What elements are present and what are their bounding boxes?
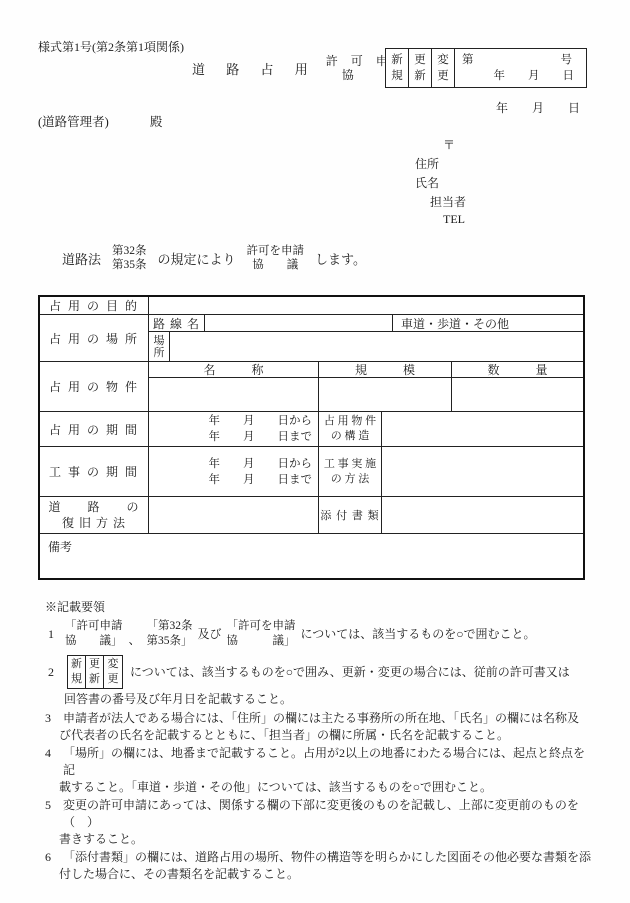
note-item-3: 3 申請者が法人である場合には、「住所」の欄には主たる事務所の所在地、「氏名」の… <box>38 710 594 744</box>
minibox-new-bottom: 規 <box>71 672 82 687</box>
object-value-row <box>149 378 583 411</box>
note-2-number: 2 <box>48 664 60 681</box>
attachments-label: 添 付 書 類 <box>319 497 382 533</box>
notes-section: ※記載要領 1 「許可申請 協 議」 、 「第32条 第35条」 及び 「許可を… <box>38 599 594 884</box>
route-name-label: 路 線 名 <box>149 315 205 331</box>
status-change-bottom: 更 <box>437 68 449 84</box>
work-method-label-bottom: の 方 法 <box>331 472 370 487</box>
object-structure-value <box>382 412 583 446</box>
status-option-new: 新 規 <box>386 49 409 87</box>
status-renewal-top: 更 <box>414 52 426 68</box>
subrow-route: 路 線 名 車道・歩道・その他 <box>149 315 583 332</box>
note-1-g3-bottom: 協 議」 <box>227 634 296 649</box>
occupancy-object-label: 占 用 の 物 件 <box>40 362 149 411</box>
row-occupancy-object: 占 用 の 物 件 名 称 規 模 数 量 <box>40 362 583 412</box>
note-3-number: 3 <box>45 710 54 727</box>
row-occupancy-purpose: 占 用 の 目 的 <box>40 297 583 315</box>
status-change-top: 変 <box>437 52 449 68</box>
law-article-35: 第35条 <box>112 258 147 272</box>
object-structure-label-bottom: の 構 造 <box>331 429 370 444</box>
note-5-text-1: 変更の許可申請にあっては、関係する欄の下部に変更後のものを記載し、上部に変更前の… <box>63 797 594 831</box>
law-article-32: 第32条 <box>112 244 147 258</box>
road-restoration-label-top: 道 路 の <box>48 499 139 515</box>
work-period-label: 工 事 の 期 間 <box>40 447 149 496</box>
object-structure-label: 占 用 物 件 の 構 造 <box>319 412 382 446</box>
row-road-restoration: 道 路 の 復 旧 方 法 添 付 書 類 <box>40 497 583 534</box>
road-restoration-value <box>149 497 319 533</box>
law-action-stack: 許可を申請 協 議 <box>247 244 305 272</box>
notes-heading: ※記載要領 <box>38 599 594 616</box>
application-table: 占 用 の 目 的 占 用 の 場 所 路 線 名 車道・歩道・その他 場 所 <box>38 295 585 580</box>
object-header-quantity: 数 量 <box>452 362 583 377</box>
status-new-bottom: 規 <box>391 68 403 84</box>
note-1-g3-top: 「許可を申請 <box>227 619 296 634</box>
remarks-label: 備考 <box>40 534 583 578</box>
minibox-new: 新 規 <box>68 656 86 688</box>
title-prefix: 道 路 占 用 <box>192 59 317 78</box>
note-2-text-2: 回答書の番号及び年月日を記載すること。 <box>64 691 594 708</box>
minibox-renewal: 更 新 <box>86 656 104 688</box>
form-number: 様式第1号(第2条第1項関係) <box>38 38 184 55</box>
minibox-new-top: 新 <box>71 657 82 672</box>
status-type-box: 新 規 更 新 変 更 第 号 年 月 日 <box>385 48 587 88</box>
addressee-row: (道路管理者) 殿 <box>38 112 162 130</box>
applicant-tel-label: TEL <box>443 212 465 227</box>
note-3-text-2: び代表者の氏名を記載するとともに、「担当者」の欄に所属・氏名を記載すること。 <box>59 727 594 744</box>
attachments-value <box>382 497 583 533</box>
note-1-conjunction: 及び <box>198 626 222 643</box>
object-header-row: 名 称 規 模 数 量 <box>149 362 583 378</box>
occupancy-purpose-label: 占 用 の 目 的 <box>40 297 149 314</box>
spot-label-bottom: 所 <box>154 347 165 359</box>
road-restoration-label-bottom: 復 旧 方 法 <box>62 515 126 531</box>
note-1-group-article: 「第32条 第35条」 <box>147 619 193 649</box>
permit-number-line: 第 号 <box>455 52 586 68</box>
note-2-text-1: については、該当するものを○で囲み、更新・変更の場合には、従前の許可書又は <box>130 664 570 681</box>
permit-number-prefix: 第 <box>462 52 474 68</box>
note-item-1: 1 「許可申請 協 議」 、 「第32条 第35条」 及び 「許可を申請 協 議… <box>38 619 594 649</box>
route-name-value <box>205 315 393 331</box>
spot-value <box>170 332 583 361</box>
object-scale-value <box>319 378 452 411</box>
note-item-4: 4 「場所」の欄には、地番まで記載すること。占用が2以上の地番にわたる場合には、… <box>38 745 594 796</box>
row-remarks: 備考 <box>40 534 583 578</box>
law-action-consult: 協 議 <box>252 258 298 272</box>
occupancy-place-label: 占 用 の 場 所 <box>40 315 149 361</box>
occupancy-purpose-value <box>149 297 583 314</box>
permit-number-cell: 第 号 年 月 日 <box>455 49 586 87</box>
law-basis-sentence: 道路法 第32条 第35条 の規定により 許可を申請 協 議 します。 <box>62 244 366 272</box>
occupancy-period-dates: 年 月 日から 年 月 日まで <box>149 412 319 446</box>
object-header-name: 名 称 <box>149 362 319 377</box>
occupancy-period-label: 占 用 の 期 間 <box>40 412 149 446</box>
note-4-text-1: 「場所」の欄には、地番まで記載すること。占用が2以上の地番にわたる場合には、起点… <box>63 745 594 779</box>
note-item-6: 6 「添付書類」の欄には、道路占用の場所、物件の構造等を明らかにした図面その他必… <box>38 849 594 883</box>
road-restoration-label: 道 路 の 復 旧 方 法 <box>40 497 149 533</box>
note-4-number: 4 <box>45 745 54 779</box>
note-6-text-2: 付した場合に、その書類名を記載すること。 <box>59 866 594 883</box>
minibox-renewal-bottom: 新 <box>89 672 100 687</box>
object-header-scale: 規 模 <box>319 362 452 377</box>
row-work-period: 工 事 の 期 間 年 月 日から 年 月 日まで 工 事 実 施 の 方 法 <box>40 447 583 497</box>
note-1-group-action: 「許可を申請 協 議」 <box>227 619 296 649</box>
minibox-change: 変 更 <box>104 656 122 688</box>
law-suffix-text: します。 <box>315 249 366 268</box>
note-1-number: 1 <box>48 626 60 643</box>
addressee-road-administrator: (道路管理者) <box>38 112 109 130</box>
note-5-number: 5 <box>45 797 54 831</box>
occupancy-period-from: 年 月 日から <box>209 413 313 429</box>
note-3-text-1: 申請者が法人である場合には、「住所」の欄には主たる事務所の所在地、「氏名」の欄に… <box>63 710 579 727</box>
status-option-change: 変 更 <box>432 49 455 87</box>
note-2-line-1: 2 新 規 更 新 変 更 については、該当するものを○で囲み、更新・変 <box>48 655 594 689</box>
spot-label: 場 所 <box>149 332 170 361</box>
permit-date-line: 年 月 日 <box>455 68 586 84</box>
law-name: 道路法 <box>62 249 101 268</box>
object-quantity-value <box>452 378 583 411</box>
minibox-change-top: 変 <box>108 657 119 672</box>
occupancy-period-to: 年 月 日まで <box>209 429 313 445</box>
note-1-g1-top: 「許可申請 <box>65 619 123 634</box>
minibox-renewal-top: 更 <box>89 657 100 672</box>
work-method-label: 工 事 実 施 の 方 法 <box>319 447 382 496</box>
law-action-apply: 許可を申請 <box>247 244 305 258</box>
work-period-from: 年 月 日から <box>209 456 313 472</box>
note-1-g1-bottom: 協 議」 <box>65 634 123 649</box>
note-1-g2-bottom: 第35条」 <box>147 634 193 649</box>
status-renewal-bottom: 新 <box>414 68 426 84</box>
addressee-honorific: 殿 <box>150 112 163 130</box>
row-occupancy-period: 占 用 の 期 間 年 月 日から 年 月 日まで 占 用 物 件 の 構 造 <box>40 412 583 447</box>
note-4-text-2: 載すること。「車道・歩道・その他」については、該当するものを○で囲むこと。 <box>59 779 594 796</box>
note-5-text-2: 書きすること。 <box>59 831 594 848</box>
application-date-line: 年 月 日 <box>470 99 580 116</box>
work-period-dates: 年 月 日から 年 月 日まで <box>149 447 319 496</box>
note-1-g2-top: 「第32条 <box>147 619 193 634</box>
law-article-stack: 第32条 第35条 <box>112 244 147 272</box>
work-method-label-top: 工 事 実 施 <box>324 457 376 472</box>
note-6-text-1: 「添付書類」の欄には、道路占用の場所、物件の構造等を明らかにした図面その他必要な… <box>63 849 591 866</box>
work-method-value <box>382 447 583 496</box>
object-name-value <box>149 378 319 411</box>
spot-label-top: 場 <box>154 335 165 347</box>
applicant-contact-label: 担当者 <box>430 193 466 210</box>
minibox-change-bottom: 更 <box>108 672 119 687</box>
row-occupancy-place: 占 用 の 場 所 路 線 名 車道・歩道・その他 場 所 <box>40 315 583 362</box>
note-6-number: 6 <box>45 849 54 866</box>
applicant-address-label: 住所 <box>415 155 439 172</box>
status-option-renewal: 更 新 <box>409 49 432 87</box>
road-type-options: 車道・歩道・その他 <box>393 315 583 331</box>
status-new-top: 新 <box>391 52 403 68</box>
occupancy-place-subrows: 路 線 名 車道・歩道・その他 場 所 <box>149 315 583 361</box>
subrow-spot: 場 所 <box>149 332 583 361</box>
note-1-group-permit: 「許可申請 協 議」 <box>65 619 123 649</box>
road-occupancy-application-form: 様式第1号(第2条第1項関係) 道 路 占 用 許 可 申 請 協 議 書 新 … <box>0 0 630 903</box>
law-middle-text: の規定により <box>158 249 236 268</box>
note-item-2: 2 新 規 更 新 変 更 については、該当するものを○で囲み、更新・変 <box>38 655 594 708</box>
note-1-tail: については、該当するものを○で囲むこと。 <box>301 626 536 643</box>
object-structure-label-top: 占 用 物 件 <box>324 414 376 429</box>
applicant-name-label: 氏名 <box>415 174 439 191</box>
occupancy-object-subrows: 名 称 規 模 数 量 <box>149 362 583 411</box>
work-period-to: 年 月 日まで <box>209 472 313 488</box>
postal-mark: 〒 <box>443 136 455 153</box>
permit-number-suffix: 号 <box>561 52 573 68</box>
note-2-status-minibox: 新 規 更 新 変 更 <box>67 655 123 689</box>
note-1-comma: 、 <box>129 632 141 649</box>
note-item-5: 5 変更の許可申請にあっては、関係する欄の下部に変更後のものを記載し、上部に変更… <box>38 797 594 848</box>
